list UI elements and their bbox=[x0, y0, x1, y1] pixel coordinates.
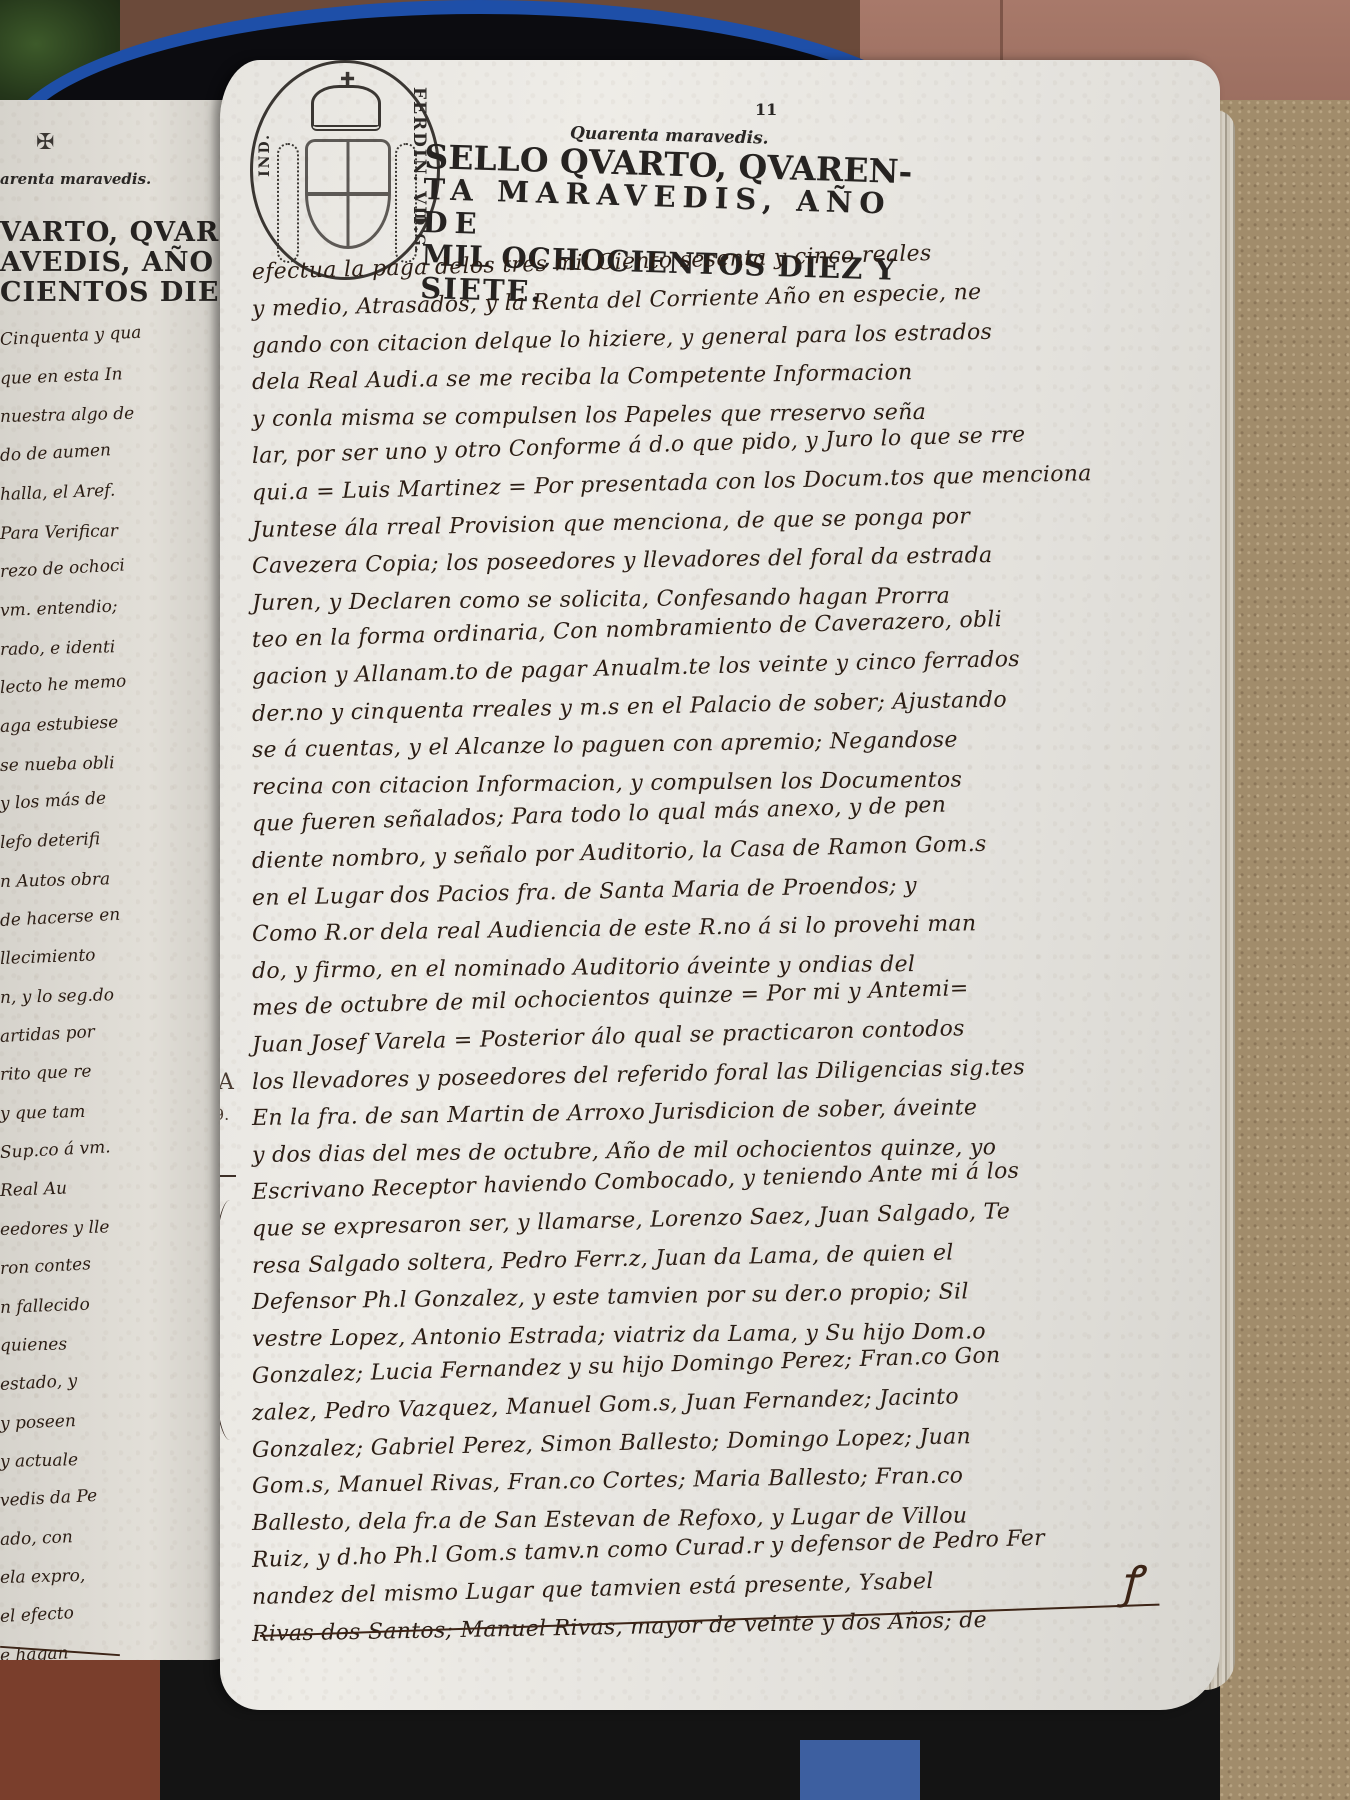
manuscript-line: Como R.or dela real Audiencia de este R.… bbox=[252, 912, 977, 948]
manuscript-line: Juntese ála rreal Provision que menciona… bbox=[252, 504, 971, 543]
left-manuscript-line: y los más de bbox=[0, 789, 107, 815]
left-manuscript-line: lefo deterifi bbox=[0, 829, 100, 853]
left-manuscript-line: vedis da Pe bbox=[0, 1486, 98, 1511]
crown-icon bbox=[311, 85, 381, 131]
manuscript-line: Gom.s, Manuel Rivas, Fran.co Cortes; Mar… bbox=[252, 1464, 964, 1500]
left-manuscript-line: Cinquenta y qua bbox=[0, 323, 142, 350]
closing-flourish-icon: ꝭ bbox=[1120, 1550, 1141, 1610]
left-manuscript-line: rezo de ochoci bbox=[0, 556, 125, 583]
folio-number: 11 bbox=[755, 100, 777, 119]
seal-ring-text-left: IND. bbox=[257, 133, 273, 177]
left-manuscript-line: aga estubiese bbox=[0, 712, 119, 737]
right-page: ✚ FERDIN. VII. IND. D.G. 11 Quarenta mar… bbox=[220, 60, 1220, 1710]
royal-stamp-seal: ✚ FERDIN. VII. IND. D.G. bbox=[250, 60, 440, 280]
left-manuscript-line: llecimiento bbox=[0, 946, 96, 970]
left-manuscript-line: el efecto bbox=[0, 1603, 74, 1627]
left-printed-header: VARTO, QVAR AVEDIS, AÑO CIENTOS DIEZ bbox=[0, 218, 240, 308]
manuscript-line: En la fra. de san Martin de Arroxo Juris… bbox=[252, 1096, 978, 1132]
left-manuscript-line: se nueba obli bbox=[0, 753, 115, 776]
left-manuscript-line: vm. entendio; bbox=[0, 596, 118, 621]
manuscript-line: gacion y Allanam.to de pagar Anualm.te l… bbox=[252, 647, 1020, 690]
manuscript-line: se á cuentas, y el Alcanze lo paguen con… bbox=[252, 728, 958, 763]
left-header-line: AVEDIS, AÑO bbox=[0, 248, 240, 278]
seal-scroll-left bbox=[277, 143, 299, 263]
margin-note: 9. bbox=[220, 1105, 229, 1124]
left-manuscript-line: lecto he memo bbox=[0, 672, 127, 699]
left-manuscript-line: y actuale bbox=[0, 1450, 78, 1472]
left-manuscript-line: eedores y lle bbox=[0, 1217, 110, 1240]
manuscript-line: Defensor Ph.l Gonzalez, y este tamvien p… bbox=[252, 1280, 969, 1316]
left-manuscript-line: rito que re bbox=[0, 1062, 92, 1085]
manuscript-line: dela Real Audi.a se me reciba la Compete… bbox=[252, 361, 913, 396]
cardboard-back-cover bbox=[1220, 100, 1350, 1800]
manuscript-line: resa Salgado soltera, Pedro Ferr.z, Juan… bbox=[252, 1240, 954, 1278]
left-manuscript-line: quienes bbox=[0, 1335, 67, 1357]
margin-stroke bbox=[220, 1175, 236, 1177]
manuscript-line: que se expresaron ser, y llamarse, Loren… bbox=[252, 1199, 1011, 1242]
left-manuscript-line: n Autos obra bbox=[0, 869, 110, 892]
left-manuscript-line: halla, el Aref. bbox=[0, 480, 116, 504]
manuscript-line: diente nombro, y señalo por Auditorio, l… bbox=[252, 831, 987, 873]
manuscript-line: Gonzalez; Gabriel Perez, Simon Ballesto;… bbox=[252, 1424, 971, 1463]
left-manuscript-line: nuestra algo de bbox=[0, 404, 134, 427]
manuscript-line: gando con citacion delque lo hiziere, y … bbox=[252, 319, 993, 358]
left-manuscript-line: y poseen bbox=[0, 1411, 76, 1434]
left-manuscript-line: ado, con bbox=[0, 1527, 73, 1550]
left-header-line: VARTO, QVAR bbox=[0, 218, 240, 248]
left-manuscript-line: artidas por bbox=[0, 1022, 95, 1047]
coat-of-arms-icon bbox=[305, 139, 391, 249]
manuscript-line: zalez, Pedro Vazquez, Manuel Gom.s, Juan… bbox=[252, 1384, 959, 1426]
left-manuscript-line: de hacerse en bbox=[0, 904, 121, 930]
left-manuscript-line: y que tam bbox=[0, 1102, 86, 1124]
manuscript-line: los llevadores y poseedores del referido… bbox=[252, 1055, 1025, 1095]
left-manuscript-line: ron contes bbox=[0, 1254, 91, 1279]
manuscript-line: Cavezera Copia; los poseedores y llevado… bbox=[252, 543, 993, 579]
left-manuscript-line: que en esta In bbox=[0, 364, 123, 389]
left-denomination: arenta maravedis. bbox=[0, 170, 151, 188]
manuscript-line: que fueren señalados; Para todo lo qual … bbox=[252, 793, 947, 837]
left-header-line: CIENTOS DIEZ bbox=[0, 278, 240, 308]
manuscript-line: Juan Josef Varela = Posterior álo qual s… bbox=[252, 1016, 965, 1058]
manuscript-line: en el Lugar dos Pacios fra. de Santa Mar… bbox=[252, 873, 917, 911]
blue-bin-base bbox=[800, 1740, 920, 1800]
left-page: ✠ arenta maravedis. VARTO, QVAR AVEDIS, … bbox=[0, 100, 250, 1660]
left-manuscript-line: n, y lo seg.do bbox=[0, 985, 114, 1008]
margin-brace bbox=[220, 1200, 250, 1440]
left-manuscript-line: ela expro, bbox=[0, 1566, 86, 1588]
left-manuscript-line: Para Verificar bbox=[0, 521, 118, 544]
left-manuscript-line: rado, e identi bbox=[0, 637, 115, 660]
margin-note: A bbox=[220, 1070, 234, 1095]
left-manuscript-line: Sup.co á vm. bbox=[0, 1137, 111, 1163]
left-manuscript-line: n fallecido bbox=[0, 1294, 90, 1317]
manuscript-line: qui.a = Luis Martinez = Por presentada c… bbox=[252, 461, 1092, 506]
cross-icon: ✠ bbox=[36, 130, 54, 155]
manuscript-line: der.no y cinquenta rreales y m.s en el P… bbox=[252, 687, 1007, 726]
manuscript-line: nandez del mismo Lugar que tamvien está … bbox=[252, 1569, 934, 1610]
left-manuscript-line: do de aumen bbox=[0, 440, 111, 466]
left-manuscript-line: estado, y bbox=[0, 1371, 78, 1395]
left-manuscript-line: Real Au bbox=[0, 1179, 67, 1202]
